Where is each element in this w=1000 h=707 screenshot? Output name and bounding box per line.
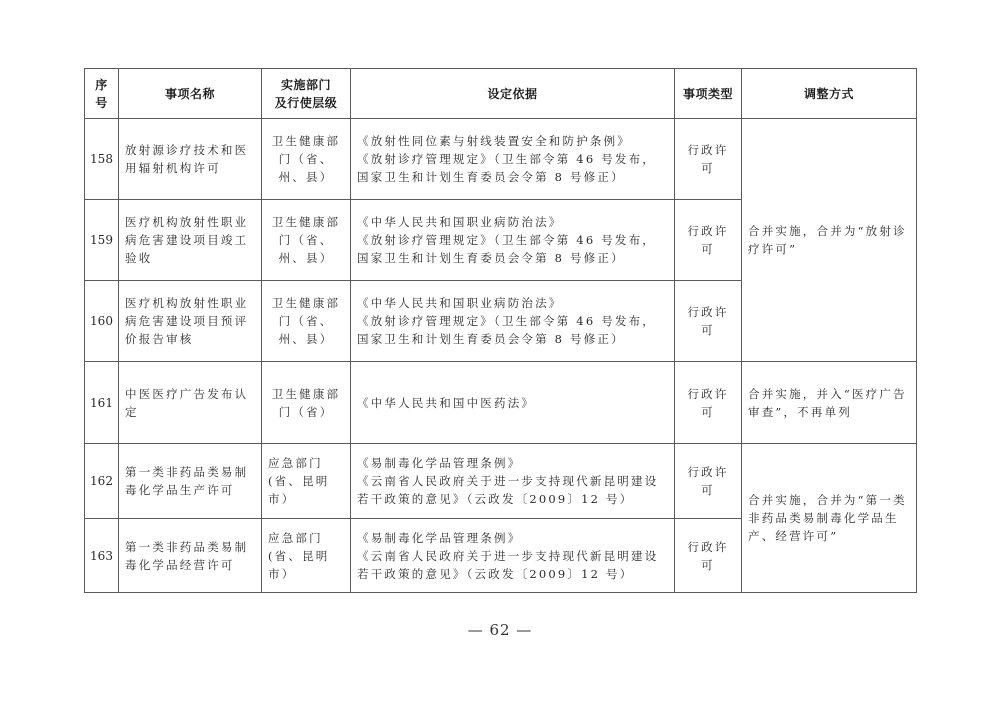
row-seq: 159 — [85, 200, 119, 281]
header-basis: 设定依据 — [351, 69, 675, 119]
header-name: 事项名称 — [119, 69, 262, 119]
basis-line: 《中华人民共和国职业病防治法》 — [357, 294, 668, 312]
row-type: 行政许可 — [675, 119, 742, 200]
header-type: 事项类型 — [675, 69, 742, 119]
row-dept: 卫生健康部门（省、州、县） — [262, 281, 351, 362]
basis-line: 《中华人民共和国职业病防治法》 — [357, 213, 668, 231]
row-seq: 158 — [85, 119, 119, 200]
row-name: 医疗机构放射性职业病危害建设项目竣工验收 — [119, 200, 262, 281]
basis-line: 《易制毒化学品管理条例》 — [357, 529, 668, 547]
items-table: 序 号 事项名称 实施部门 及行使层级 设定依据 事项类型 调整方式 158 放… — [84, 68, 917, 593]
table-row: 158 放射源诊疗技术和医用辐射机构许可 卫生健康部门（省、州、县） 《放射性同… — [85, 119, 917, 200]
row-type: 行政许可 — [675, 519, 742, 593]
row-basis: 《中华人民共和国职业病防治法》 《放射诊疗管理规定》（卫生部令第 46 号发布，… — [351, 281, 675, 362]
basis-line: 《中华人民共和国中医药法》 — [357, 394, 668, 412]
row-name: 医疗机构放射性职业病危害建设项目预评价报告审核 — [119, 281, 262, 362]
header-dept: 实施部门 及行使层级 — [262, 69, 351, 119]
row-adjustment: 合并实施，合并为“第一类非药品类易制毒化学品生产、经营许可” — [742, 444, 917, 593]
row-basis: 《中华人民共和国职业病防治法》 《放射诊疗管理规定》（卫生部令第 46 号发布，… — [351, 200, 675, 281]
row-dept: 卫生健康部门（省、州、县） — [262, 119, 351, 200]
table-row: 162 第一类非药品类易制毒化学品生产许可 应急部门(省、昆明市） 《易制毒化学… — [85, 444, 917, 519]
row-name: 中医医疗广告发布认定 — [119, 362, 262, 444]
row-seq: 160 — [85, 281, 119, 362]
basis-line: 《云南省人民政府关于进一步支持现代新昆明建设若干政策的意见》（云政发〔2009〕… — [357, 472, 668, 508]
row-basis: 《放射性同位素与射线装置安全和防护条例》 《放射诊疗管理规定》（卫生部令第 46… — [351, 119, 675, 200]
row-adjustment: 合并实施，并入“医疗广告审查”，不再单列 — [742, 362, 917, 444]
table-row: 161 中医医疗广告发布认定 卫生健康部门（省） 《中华人民共和国中医药法》 行… — [85, 362, 917, 444]
row-dept: 卫生健康部门（省） — [262, 362, 351, 444]
basis-line: 《云南省人民政府关于进一步支持现代新昆明建设若干政策的意见》（云政发〔2009〕… — [357, 547, 668, 583]
header-dept-line1: 实施部门 — [268, 76, 344, 94]
row-dept: 应急部门(省、昆明市） — [262, 519, 351, 593]
row-dept: 应急部门(省、昆明市） — [262, 444, 351, 519]
basis-line: 《放射诊疗管理规定》（卫生部令第 46 号发布，国家卫生和计划生育委员会令第 8… — [357, 231, 668, 267]
row-name: 放射源诊疗技术和医用辐射机构许可 — [119, 119, 262, 200]
row-seq: 162 — [85, 444, 119, 519]
table-header-row: 序 号 事项名称 实施部门 及行使层级 设定依据 事项类型 调整方式 — [85, 69, 917, 119]
header-dept-line2: 及行使层级 — [268, 94, 344, 112]
row-type: 行政许可 — [675, 362, 742, 444]
row-basis: 《中华人民共和国中医药法》 — [351, 362, 675, 444]
row-type: 行政许可 — [675, 281, 742, 362]
row-name: 第一类非药品类易制毒化学品生产许可 — [119, 444, 262, 519]
row-adjustment: 合并实施，合并为“放射诊疗许可” — [742, 119, 917, 362]
basis-line: 《放射性同位素与射线装置安全和防护条例》 — [357, 132, 668, 150]
header-seq-line1: 序 — [91, 76, 112, 94]
row-name: 第一类非药品类易制毒化学品经营许可 — [119, 519, 262, 593]
basis-line: 《放射诊疗管理规定》（卫生部令第 46 号发布，国家卫生和计划生育委员会令第 8… — [357, 312, 668, 348]
row-dept: 卫生健康部门（省、州、县） — [262, 200, 351, 281]
row-seq: 163 — [85, 519, 119, 593]
row-type: 行政许可 — [675, 444, 742, 519]
basis-line: 《放射诊疗管理规定》（卫生部令第 46 号发布，国家卫生和计划生育委员会令第 8… — [357, 150, 668, 186]
row-seq: 161 — [85, 362, 119, 444]
header-adjust: 调整方式 — [742, 69, 917, 119]
basis-line: 《易制毒化学品管理条例》 — [357, 454, 668, 472]
row-basis: 《易制毒化学品管理条例》 《云南省人民政府关于进一步支持现代新昆明建设若干政策的… — [351, 519, 675, 593]
header-seq-line2: 号 — [91, 94, 112, 112]
row-basis: 《易制毒化学品管理条例》 《云南省人民政府关于进一步支持现代新昆明建设若干政策的… — [351, 444, 675, 519]
header-seq: 序 号 — [85, 69, 119, 119]
row-type: 行政许可 — [675, 200, 742, 281]
page-number: — 62 — — [0, 621, 1000, 639]
